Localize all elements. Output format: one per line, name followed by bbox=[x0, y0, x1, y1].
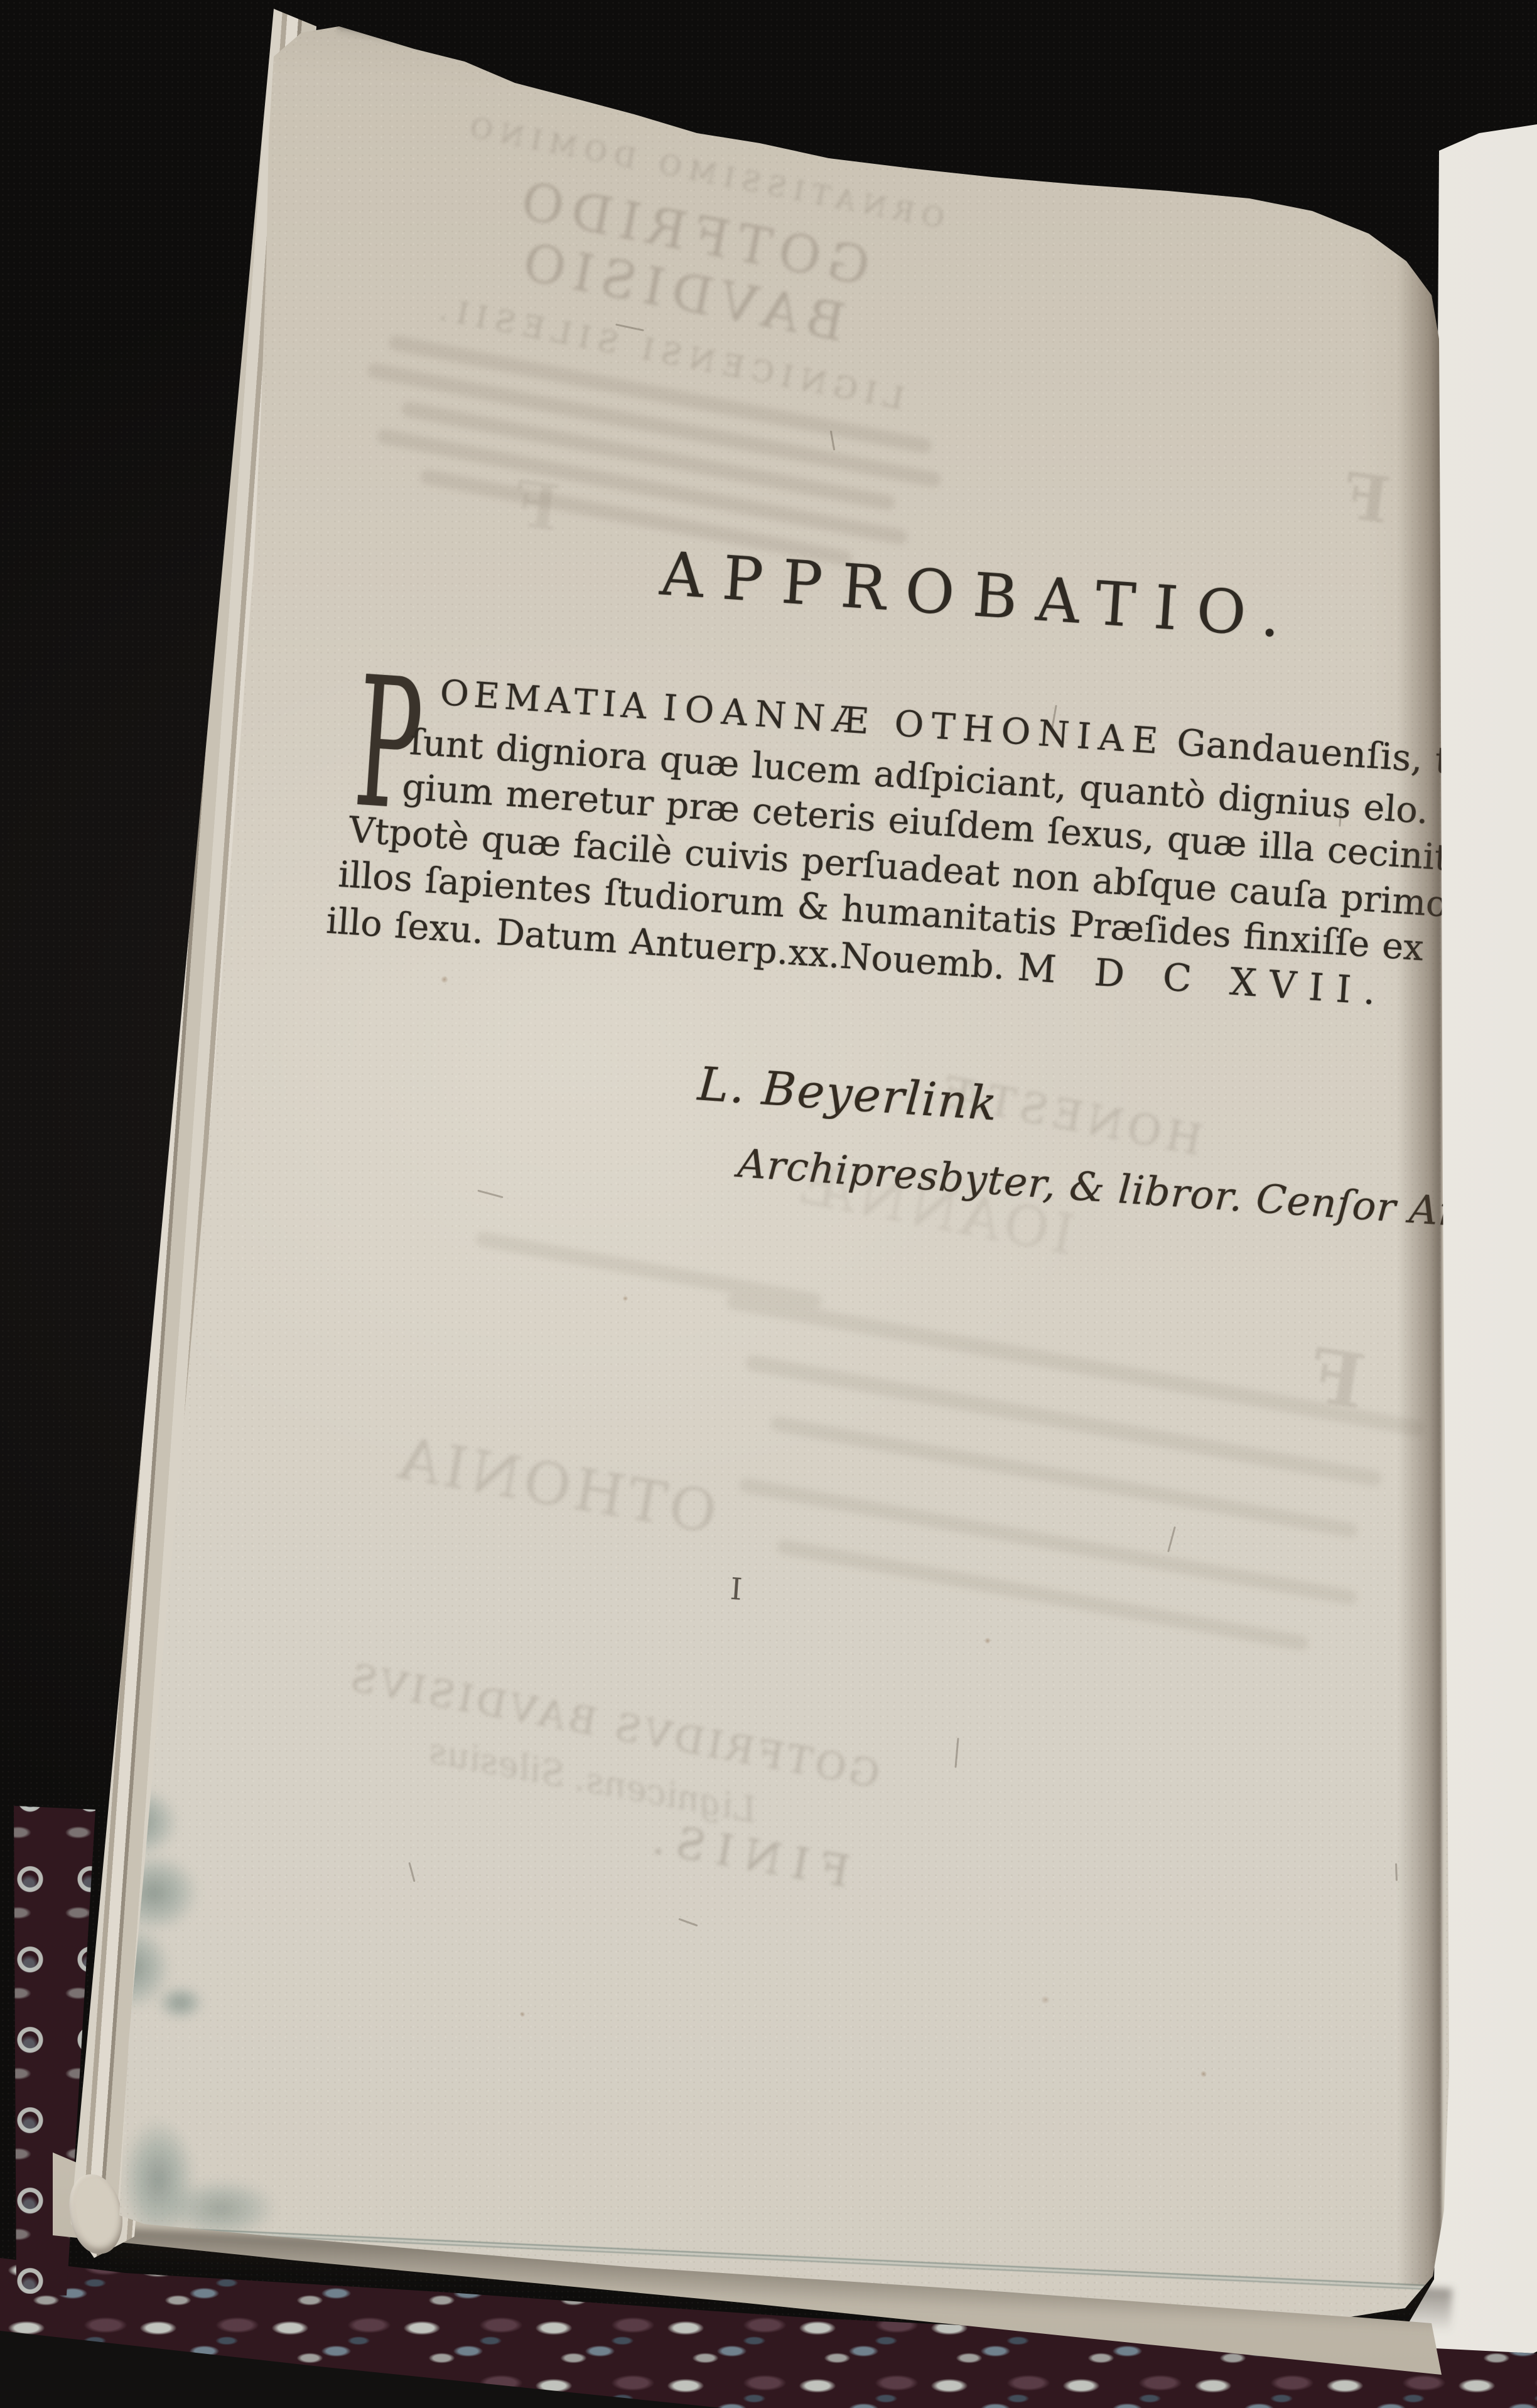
foxing-spot bbox=[622, 1295, 629, 1302]
foxing-spot bbox=[983, 1636, 992, 1645]
damp-stain bbox=[157, 1985, 204, 2020]
foxing-spot bbox=[1039, 1994, 1052, 2006]
foxing-spot bbox=[932, 22, 968, 99]
approbatio-heading: APPROBATIO. bbox=[658, 539, 1302, 652]
page-fold-shadow bbox=[1398, 176, 1442, 2286]
foxing-spot bbox=[1295, 943, 1301, 949]
photo-background: ORNATISSIMO DOMINO GOTFRIDO BAVDISIO LIG… bbox=[0, 0, 1537, 2408]
foxing-spot bbox=[1199, 2070, 1208, 2078]
book-page: ORNATISSIMO DOMINO GOTFRIDO BAVDISIO LIG… bbox=[0, 0, 1537, 2408]
gathering-mark: I bbox=[729, 1572, 743, 1607]
foxing-spot bbox=[519, 2011, 526, 2018]
foxing-spot bbox=[1003, 52, 1043, 82]
foxing-spot bbox=[440, 975, 450, 985]
